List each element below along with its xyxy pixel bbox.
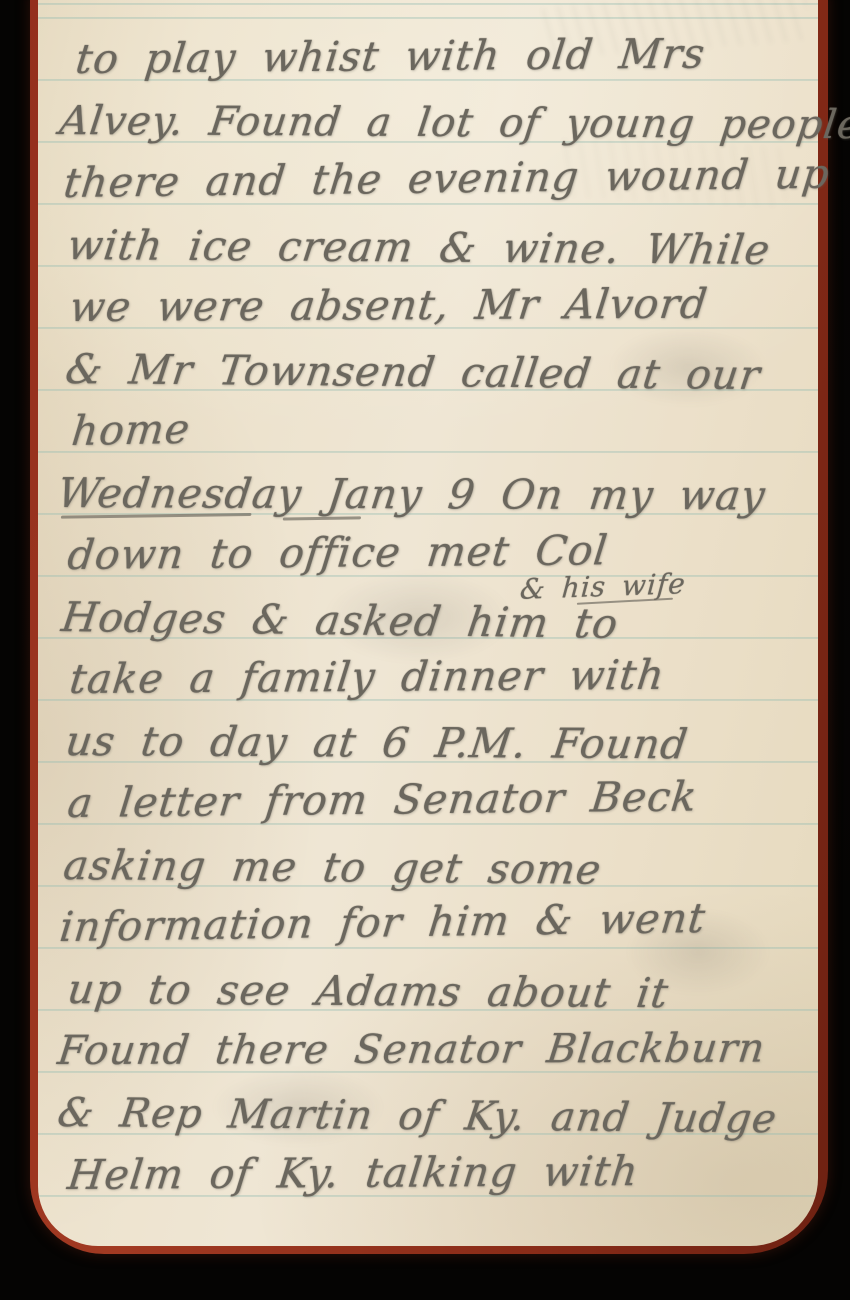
handwritten-line: with ice cream & wine. While: [64, 214, 822, 281]
handwritten-line: down to office met Col: [64, 517, 821, 586]
handwritten-line: Helm of Ky. talking with: [64, 1139, 821, 1206]
handwritten-line: to play whist with old Mrs: [72, 21, 821, 90]
handwritten-line: information for him & went: [57, 885, 822, 958]
handwritten-line: Found there Senator Blackburn: [54, 1017, 821, 1082]
handwriting-block: to play whist with old Mrs Alvey. Found …: [58, 28, 818, 1206]
handwritten-line-date-heading: Wednesday Jany 9 On my way: [54, 462, 822, 527]
handwritten-line: take a family dinner with: [66, 643, 821, 710]
handwritten-line: home: [69, 386, 821, 462]
date-heading-text: Wednesday Jany 9 On my way: [55, 469, 768, 519]
handwritten-line: we were absent, Mr Alvord: [66, 272, 821, 338]
handwritten-line: there and the evening wound up: [61, 143, 822, 214]
handwritten-line: up to see Adams about it: [64, 958, 822, 1025]
date-underline: [283, 516, 361, 520]
notebook-photo: to play whist with old Mrs Alvey. Found …: [0, 0, 850, 1300]
interlinear-insertion: & his wife: [519, 567, 687, 606]
handwritten-line: a letter from Senator Beck: [65, 764, 822, 834]
